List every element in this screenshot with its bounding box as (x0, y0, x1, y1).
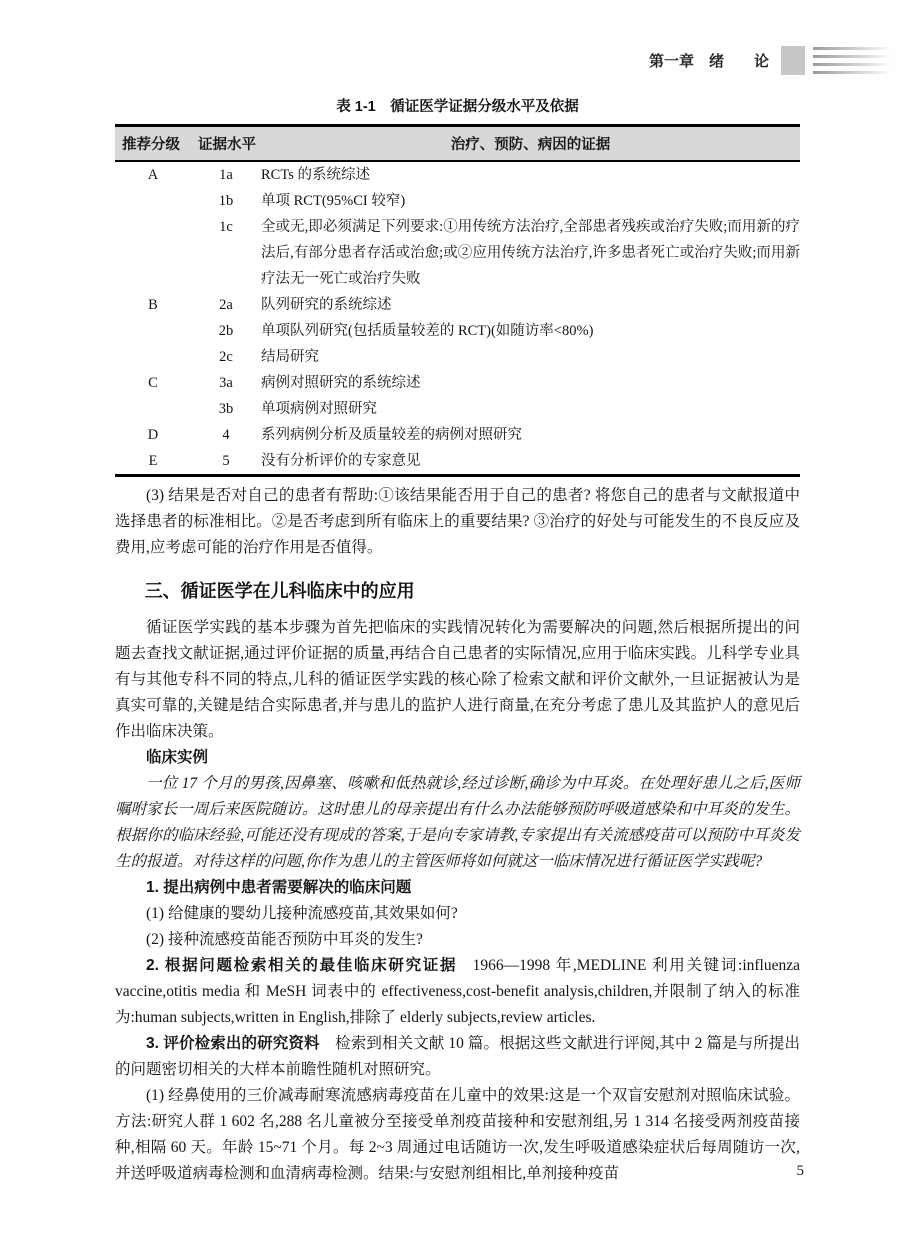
evidence-cell: 结局研究 (261, 344, 800, 370)
evidence-cell: RCTs 的系统综述 (261, 161, 800, 188)
header-deco-block (781, 46, 805, 75)
column-header-grade: 推荐分级 (115, 126, 191, 162)
level-cell: 2b (191, 318, 261, 344)
study1-paragraph: (1) 经鼻使用的三价减毒耐寒流感病毒疫苗在儿童中的效果:这是一个双盲安慰剂对照… (115, 1083, 800, 1187)
level-cell: 1c (191, 214, 261, 292)
paragraph-results-help: (3) 结果是否对自己的患者有帮助:①该结果能否用于自己的患者? 将您自己的患者… (115, 483, 800, 561)
grade-cell (115, 318, 191, 344)
clinical-case-label: 临床实例 (115, 745, 800, 771)
page-header: 第一章 绪 论 (649, 46, 893, 75)
column-header-evidence: 治疗、预防、病因的证据 (261, 126, 800, 162)
clinical-case-text: 一位 17 个月的男孩,因鼻塞、咳嗽和低热就诊,经过诊断,确诊为中耳炎。在处理好… (115, 771, 800, 875)
grade-cell: E (115, 448, 191, 476)
level-cell: 1b (191, 188, 261, 214)
header-deco-lines-icon (813, 47, 893, 74)
table-caption: 表 1-1 循证医学证据分级水平及依据 (115, 95, 800, 116)
page-number: 5 (797, 1163, 805, 1180)
table-row: 2b 单项队列研究(包括质量较差的 RCT)(如随访率<80%) (115, 318, 800, 344)
step2-paragraph: 2. 根据问题检索相关的最佳临床研究证据1966—1998 年,MEDLINE … (115, 953, 800, 1031)
section-heading-ebm-pediatrics: 三、循证医学在儿科临床中的应用 (115, 577, 800, 603)
question-1: (1) 给健康的婴幼儿接种流感疫苗,其效果如何? (115, 901, 800, 927)
grade-cell: B (115, 292, 191, 318)
step1-paragraph: 1. 提出病例中患者需要解决的临床问题 (115, 875, 800, 901)
table-row: 1c 全或无,即必须满足下列要求:①用传统方法治疗,全部患者残疾或治疗失败;而用… (115, 214, 800, 292)
grade-cell: D (115, 422, 191, 448)
evidence-cell: 单项病例对照研究 (261, 396, 800, 422)
table-row: 3b 单项病例对照研究 (115, 396, 800, 422)
level-cell: 4 (191, 422, 261, 448)
grade-cell (115, 188, 191, 214)
table-row: A 1a RCTs 的系统综述 (115, 161, 800, 188)
grade-cell: C (115, 370, 191, 396)
evidence-cell: 系列病例分析及质量较差的病例对照研究 (261, 422, 800, 448)
step3-heading: 3. 评价检索出的研究资料 (146, 1035, 320, 1052)
level-cell: 2a (191, 292, 261, 318)
level-cell: 3a (191, 370, 261, 396)
table-row: E 5 没有分析评价的专家意见 (115, 448, 800, 476)
level-cell: 2c (191, 344, 261, 370)
level-cell: 1a (191, 161, 261, 188)
evidence-cell: 全或无,即必须满足下列要求:①用传统方法治疗,全部患者残疾或治疗失败;而用新的疗… (261, 214, 800, 292)
question-2: (2) 接种流感疫苗能否预防中耳炎的发生? (115, 927, 800, 953)
table-row: C 3a 病例对照研究的系统综述 (115, 370, 800, 396)
grade-cell: A (115, 161, 191, 188)
table-header-row: 推荐分级 证据水平 治疗、预防、病因的证据 (115, 126, 800, 162)
column-header-level: 证据水平 (191, 126, 261, 162)
evidence-cell: 没有分析评价的专家意见 (261, 448, 800, 476)
step3-paragraph: 3. 评价检索出的研究资料检索到相关文献 10 篇。根据这些文献进行评阅,其中 … (115, 1031, 800, 1083)
running-head-title: 第一章 绪 论 (649, 50, 769, 71)
grade-cell (115, 396, 191, 422)
grade-cell (115, 344, 191, 370)
table-row: 2c 结局研究 (115, 344, 800, 370)
level-cell: 5 (191, 448, 261, 476)
grade-cell (115, 214, 191, 292)
evidence-cell: 病例对照研究的系统综述 (261, 370, 800, 396)
step1-heading: 1. 提出病例中患者需要解决的临床问题 (146, 879, 411, 896)
paragraph-intro: 循证医学实践的基本步骤为首先把临床的实践情况转化为需要解决的问题,然后根据所提出… (115, 615, 800, 745)
evidence-grading-table: 推荐分级 证据水平 治疗、预防、病因的证据 A 1a RCTs 的系统综述 1b… (115, 124, 800, 477)
table-row: 1b 单项 RCT(95%CI 较窄) (115, 188, 800, 214)
level-cell: 3b (191, 396, 261, 422)
table-row: B 2a 队列研究的系统综述 (115, 292, 800, 318)
book-page: 第一章 绪 论 表 1-1 循证医学证据分级水平及依据 推荐分级 证据水平 治疗… (0, 0, 900, 1234)
evidence-cell: 单项 RCT(95%CI 较窄) (261, 188, 800, 214)
evidence-cell: 队列研究的系统综述 (261, 292, 800, 318)
evidence-cell: 单项队列研究(包括质量较差的 RCT)(如随访率<80%) (261, 318, 800, 344)
step2-heading: 2. 根据问题检索相关的最佳临床研究证据 (146, 957, 457, 974)
table-row: D 4 系列病例分析及质量较差的病例对照研究 (115, 422, 800, 448)
